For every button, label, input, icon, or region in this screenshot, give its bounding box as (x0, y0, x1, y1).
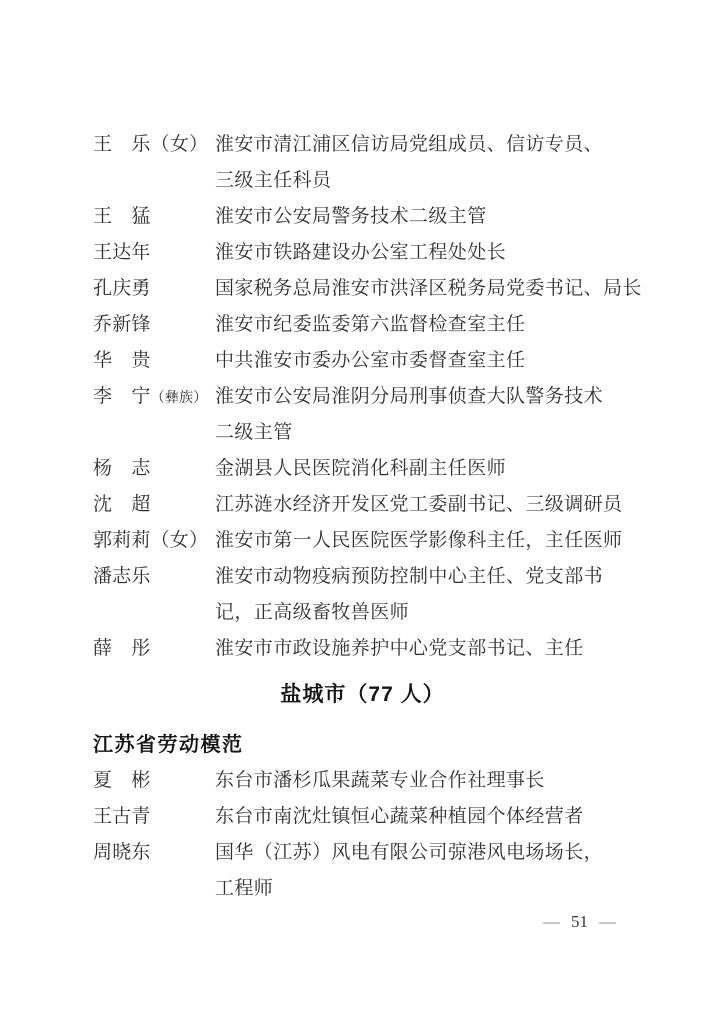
laureate-name: 潘志乐 (93, 559, 215, 631)
laureate-row: 华 贵 中共淮安市委办公室市委督查室主任 (93, 343, 632, 379)
laureate-name-text: 王古青 (93, 806, 151, 827)
laureate-name: 郭莉莉（女） (93, 523, 215, 559)
laureate-name-text: 潘志乐 (93, 566, 151, 587)
laureate-title: 淮安市清江浦区信访局党组成员、信访专员、 三级主任科员 (215, 127, 603, 199)
gender-tag: （女） (151, 134, 209, 155)
laureate-title: 中共淮安市委办公室市委督查室主任 (215, 343, 525, 379)
award-category-heading: 江苏省劳动模范 (93, 727, 632, 763)
laureate-title: 国华（江苏）风电有限公司弶港风电场场长， 工程师 (215, 835, 603, 907)
laureate-row: 周晓东 国华（江苏）风电有限公司弶港风电场场长， 工程师 (93, 835, 632, 907)
laureate-name-text: 沈 超 (93, 494, 151, 515)
laureate-name: 孔庆勇 (93, 271, 215, 307)
laureate-title: 东台市南沈灶镇恒心蔬菜种植园个体经营者 (215, 799, 584, 835)
ethnicity-tag: （彝族） (151, 391, 208, 406)
laureate-name-text: 王达年 (93, 242, 151, 263)
laureate-name: 杨 志 (93, 451, 215, 487)
laureate-row: 杨 志 金湖县人民医院消化科副主任医师 (93, 451, 632, 487)
document-page: 王 乐（女） 淮安市清江浦区信访局党组成员、信访专员、 三级主任科员 王 猛 淮… (0, 0, 720, 1018)
laureate-name-text: 郭莉莉 (93, 530, 151, 551)
laureate-name-text: 周晓东 (93, 842, 151, 863)
laureate-row: 王达年 淮安市铁路建设办公室工程处处长 (93, 235, 632, 271)
laureate-row: 王古青 东台市南沈灶镇恒心蔬菜种植园个体经营者 (93, 799, 632, 835)
laureate-row: 夏 彬 东台市潘杉瓜果蔬菜专业合作社理事长 (93, 763, 632, 799)
yancheng-roster: 夏 彬 东台市潘杉瓜果蔬菜专业合作社理事长 王古青 东台市南沈灶镇恒心蔬菜种植园… (93, 763, 632, 907)
laureate-name: 王 猛 (93, 199, 215, 235)
laureate-name: 华 贵 (93, 343, 215, 379)
laureate-title: 淮安市铁路建设办公室工程处处长 (215, 235, 506, 271)
laureate-name: 夏 彬 (93, 763, 215, 799)
laureate-title: 国家税务总局淮安市洪泽区税务局党委书记、局长 (215, 271, 642, 307)
laureate-row: 李 宁（彝族） 淮安市公安局淮阴分局刑事侦查大队警务技术 二级主管 (93, 379, 632, 451)
laureate-title: 东台市潘杉瓜果蔬菜专业合作社理事长 (215, 763, 545, 799)
laureate-name-text: 孔庆勇 (93, 278, 151, 299)
laureate-title: 金湖县人民医院消化科副主任医师 (215, 451, 506, 487)
laureate-row: 王 猛 淮安市公安局警务技术二级主管 (93, 199, 632, 235)
city-section-heading: 盐城市（77 人） (93, 677, 632, 713)
laureate-row: 潘志乐 淮安市动物疫病预防控制中心主任、党支部书 记，正高级畜牧兽医师 (93, 559, 632, 631)
laureate-row: 王 乐（女） 淮安市清江浦区信访局党组成员、信访专员、 三级主任科员 (93, 127, 632, 199)
laureate-title: 江苏涟水经济开发区党工委副书记、三级调研员 (215, 487, 622, 523)
laureate-name-text: 王 猛 (93, 206, 151, 227)
huaian-roster: 王 乐（女） 淮安市清江浦区信访局党组成员、信访专员、 三级主任科员 王 猛 淮… (93, 127, 632, 667)
laureate-name-text: 李 宁 (93, 386, 151, 407)
laureate-name-text: 王 乐 (93, 134, 151, 155)
laureate-row: 乔新锋 淮安市纪委监委第六监督检查室主任 (93, 307, 632, 343)
laureate-row: 沈 超 江苏涟水经济开发区党工委副书记、三级调研员 (93, 487, 632, 523)
footer-dash-right: — (599, 911, 616, 933)
laureate-name: 王古青 (93, 799, 215, 835)
laureate-title: 淮安市第一人民医院医学影像科主任，主任医师 (215, 523, 622, 559)
laureate-name: 薛 彤 (93, 631, 215, 667)
page-number: 51 (571, 911, 588, 933)
laureate-name: 王达年 (93, 235, 215, 271)
laureate-row: 薛 彤 淮安市市政设施养护中心党支部书记、主任 (93, 631, 632, 667)
laureate-title: 淮安市公安局淮阴分局刑事侦查大队警务技术 二级主管 (215, 379, 603, 451)
laureate-row: 郭莉莉（女） 淮安市第一人民医院医学影像科主任，主任医师 (93, 523, 632, 559)
laureate-name: 沈 超 (93, 487, 215, 523)
laureate-name-text: 薛 彤 (93, 638, 151, 659)
laureate-title: 淮安市纪委监委第六监督检查室主任 (215, 307, 525, 343)
laureate-name-text: 乔新锋 (93, 314, 151, 335)
laureate-name-text: 杨 志 (93, 458, 151, 479)
laureate-title: 淮安市动物疫病预防控制中心主任、党支部书 记，正高级畜牧兽医师 (215, 559, 603, 631)
laureate-title: 淮安市公安局警务技术二级主管 (215, 199, 487, 235)
laureate-name: 乔新锋 (93, 307, 215, 343)
footer-dash-left: — (543, 911, 560, 933)
laureate-name-text: 华 贵 (93, 350, 151, 371)
laureate-name: 周晓东 (93, 835, 215, 907)
laureate-name: 王 乐（女） (93, 127, 215, 199)
laureate-name: 李 宁（彝族） (93, 379, 215, 451)
laureate-row: 孔庆勇 国家税务总局淮安市洪泽区税务局党委书记、局长 (93, 271, 632, 307)
gender-tag: （女） (151, 530, 209, 551)
laureate-name-text: 夏 彬 (93, 770, 151, 791)
laureate-title: 淮安市市政设施养护中心党支部书记、主任 (215, 631, 584, 667)
page-footer: — 51 — (543, 911, 616, 933)
